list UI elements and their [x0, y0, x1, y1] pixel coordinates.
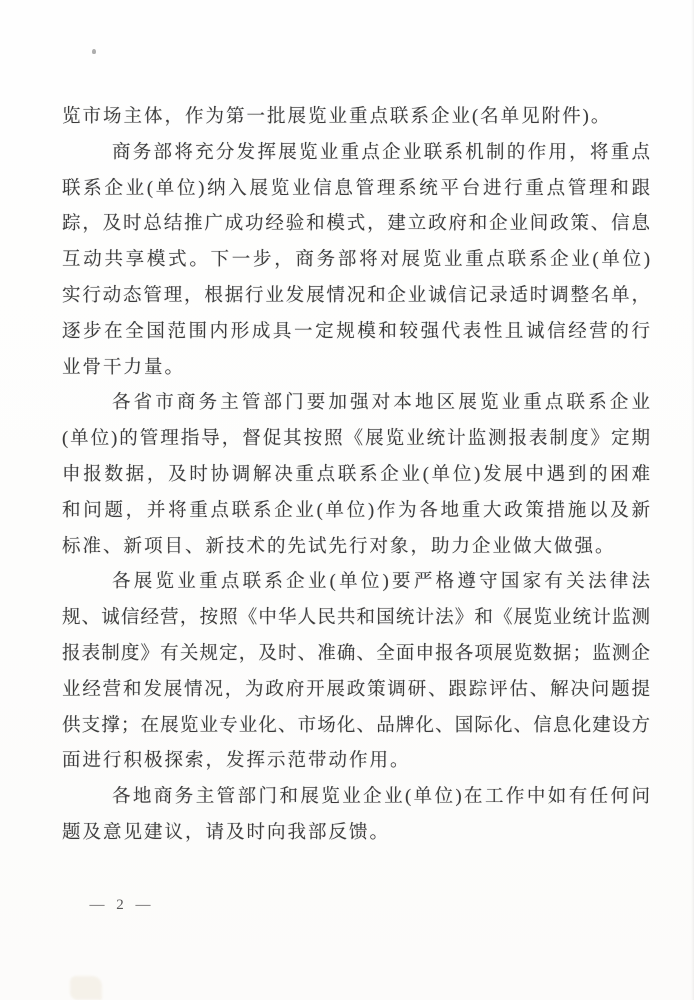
document-line: 联系企业(单位)纳入展览业信息管理系统平台进行重点管理和跟: [62, 172, 650, 208]
page-number: — 2 —: [86, 894, 158, 916]
document-line: 实行动态管理，根据行业发展情况和企业诚信记录适时调整名单，: [62, 279, 650, 315]
document-line: 商务部将充分发挥展览业重点企业联系机制的作用，将重点: [62, 136, 650, 172]
document-line: 踪，及时总结推广成功经验和模式，建立政府和企业间政策、信息: [62, 207, 650, 243]
document-line: 面进行积极探索，发挥示范带动作用。: [62, 744, 650, 780]
document-line: 各省市商务主管部门要加强对本地区展览业重点联系企业: [62, 386, 650, 422]
document-line: 规、诚信经营，按照《中华人民共和国统计法》和《展览业统计监测: [62, 601, 650, 637]
document-line: 和问题，并将重点联系企业(单位)作为各地重大政策措施以及新: [62, 494, 650, 530]
document-line: 互动共享模式。下一步，商务部将对展览业重点联系企业(单位): [62, 243, 650, 279]
document-line: 题及意见建议，请及时向我部反馈。: [62, 816, 650, 852]
document-line: (单位)的管理指导，督促其按照《展览业统计监测报表制度》定期: [62, 422, 650, 458]
document-body: 览市场主体，作为第一批展览业重点联系企业(名单见附件)。 商务部将充分发挥展览业…: [62, 100, 650, 852]
document-line: 业骨干力量。: [62, 351, 650, 387]
document-line: 申报数据，及时协调解决重点联系企业(单位)发展中遇到的困难: [62, 458, 650, 494]
document-page: 览市场主体，作为第一批展览业重点联系企业(名单见附件)。 商务部将充分发挥展览业…: [0, 0, 694, 1000]
document-line: 报表制度》有关规定，及时、准确、全面申报各项展览数据；监测企: [62, 637, 650, 673]
document-line: 览市场主体，作为第一批展览业重点联系企业(名单见附件)。: [62, 100, 650, 136]
document-line: 供支撑；在展览业专业化、市场化、品牌化、国际化、信息化建设方: [62, 709, 650, 745]
document-line: 业经营和发展情况，为政府开展政策调研、跟踪评估、解决问题提: [62, 673, 650, 709]
document-line: 标准、新项目、新技术的先试先行对象，助力企业做大做强。: [62, 530, 650, 566]
document-line: 各展览业重点联系企业(单位)要严格遵守国家有关法律法: [62, 565, 650, 601]
scan-smudge-artifact: [70, 976, 102, 1000]
document-line: 各地商务主管部门和展览业企业(单位)在工作中如有任何问: [62, 780, 650, 816]
document-line: 逐步在全国范围内形成具一定规模和较强代表性且诚信经营的行: [62, 315, 650, 351]
scan-speck-artifact: [92, 49, 96, 54]
